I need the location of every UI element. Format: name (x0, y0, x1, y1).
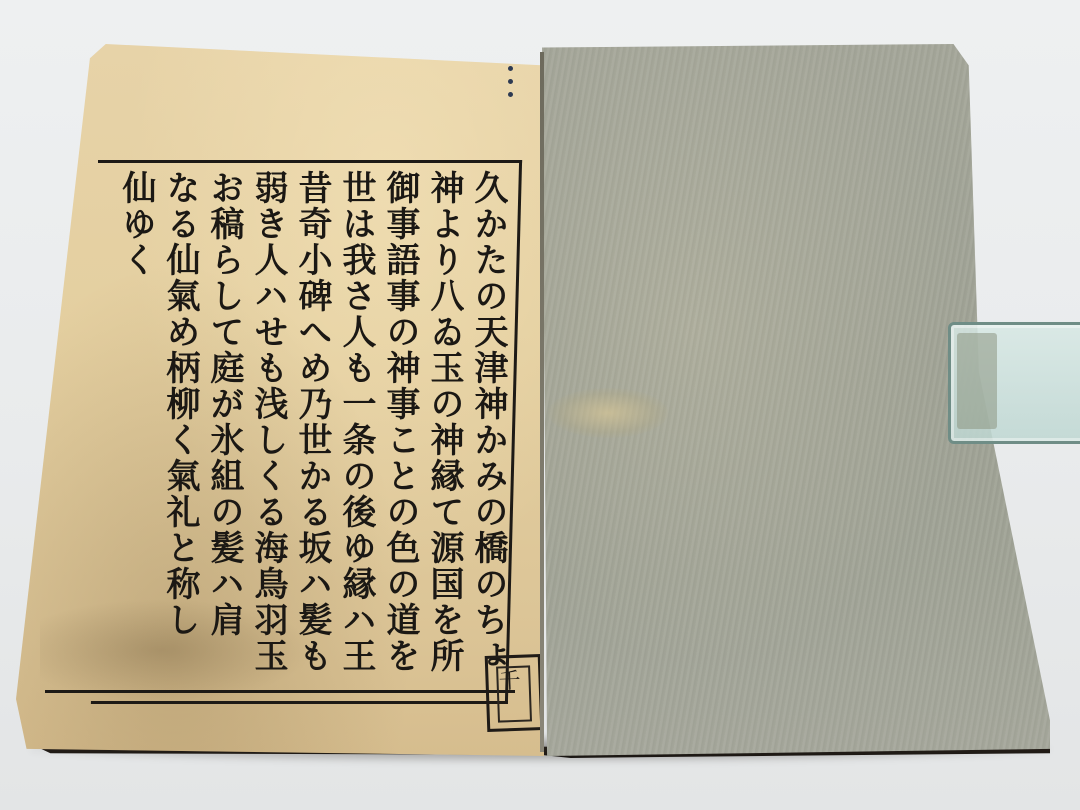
text-column: 世は我さ人も一条の後ゆ縁ハ王の至在 (336, 170, 376, 690)
text-column: 御事語事の神事ことの色の道をも今 (380, 170, 420, 690)
binding-holes (508, 66, 516, 106)
text-column: お稿らして庭が氷組の髪ハ肩 (204, 170, 244, 690)
text-block: 久かたの天津神かみの橋のちょっとくし 神より八ゐ玉の神縁て源国を所か 御事語事の… (68, 170, 508, 690)
text-column: 久かたの天津神かみの橋のちょっとくし (468, 170, 508, 690)
text-column: 仙ゆく (116, 170, 156, 690)
water-stain (548, 388, 668, 438)
text-column: なる仙氣め柄柳く氣礼と称し (160, 170, 200, 690)
binding-hole (508, 92, 513, 97)
seal-glyph: 千 (498, 664, 521, 696)
print-frame-bottom (45, 690, 515, 693)
text-column: 神より八ゐ玉の神縁て源国を所か (424, 170, 464, 690)
text-column: 昔奇小碑へめ乃世かる坂ハ髪もとち (292, 170, 332, 690)
glass-slide (948, 322, 1080, 444)
binding-hole (508, 79, 513, 84)
page-seal: 千 (485, 654, 544, 732)
text-column: 弱き人ハせも浅しくる海鳥羽玉の (248, 170, 288, 690)
book-spine (540, 52, 544, 752)
binding-hole (508, 66, 513, 71)
glass-slide-overlap (957, 333, 997, 429)
photo-scene: 久かたの天津神かみの橋のちょっとくし 神より八ゐ玉の神縁て源国を所か 御事語事の… (0, 0, 1080, 810)
